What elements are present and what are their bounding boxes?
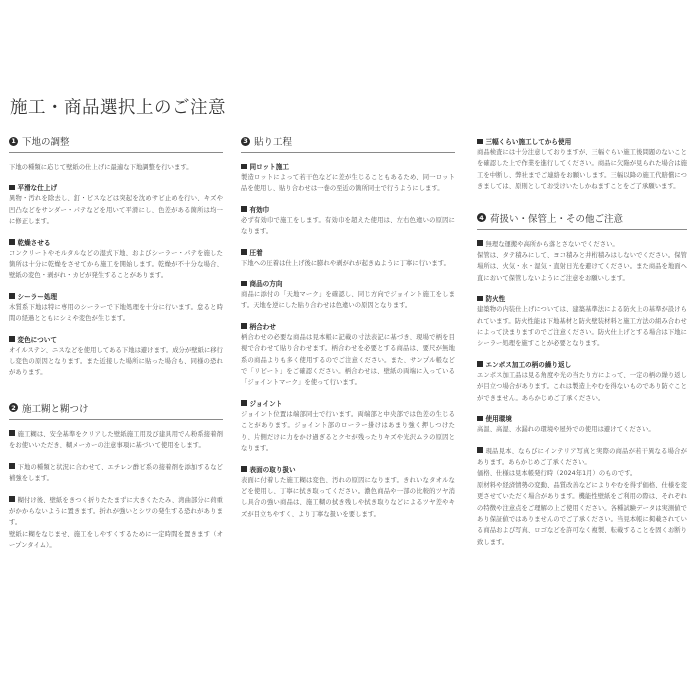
section-title: 荷扱い・保管上・その他ご注意 [490,211,623,225]
square-bullet-icon [9,336,15,342]
subsection: ジョイント ジョイント位置は端部同士で行います。両端部と中央部では色差の生じるこ… [241,399,455,455]
section-heading-hanging-process: 3 貼り工程 [241,134,455,153]
subsection-heading: 有効巾 [250,206,270,214]
subsection: シーラー処理 木質系下地は特に専用のシーラーで下地処理を十分に行います。怠ると時… [9,292,223,325]
section-heading-handling-storage: 4 荷扱い・保管上・その他ご注意 [477,211,687,230]
subsection: 変色について オイルステン、ニスなどを使用してある下地は避けます。成分が壁紙に移… [9,335,223,379]
subsection-text: 高温、高湿、水漏れの環境や屋外での使用は避けてください。 [477,424,687,435]
subsection-text: エンボス加工品は見る角度や光の当たり方によって、一定の柄の繰り返しが目立つ場合が… [477,370,687,404]
subsection-heading: 商品の方向 [250,280,283,288]
square-bullet-icon [9,239,15,245]
subsection-heading: エンボス加工の柄の繰り返し [486,361,572,369]
subsection-heading: 平滑な仕上げ [18,184,58,192]
column-right: 三幅くらい施工してから使用 商品検査には十分注意しておりますが、三幅ぐらい施工後… [477,137,687,558]
bullet-paragraph: 施工糊は、安全基準をクリアした壁紙施工用及び建具用でん粉系接着剤をお使いいただき… [9,429,223,452]
square-bullet-icon [9,463,15,469]
bullet-extra-text: 壁紙に糊をなじませ、施工をしやすくするために一定時間を置きます（オープンタイム）… [9,529,223,552]
bullet-text: 下地の種類と状況に合わせて、エチレン酢ビ系の接着剤を添加するなど補強をします。 [9,464,223,482]
subsection-text: 必ず有効巾で施工をします。有効巾を超えた使用は、左右色違いの原因になります。 [241,215,455,238]
square-bullet-icon [241,323,247,329]
subsection-text: 表面に付着した施工糊は変色、汚れの原因になります。きれいなタオルなどを使用し、丁… [241,475,455,521]
subsection-text: 製造ロットによって若干色などに差が生じることもあるため、同一ロット品を使用し、貼… [241,172,455,195]
subsection-heading: 乾燥させる [18,239,51,247]
square-bullet-icon [477,361,483,367]
number-badge-icon: 1 [9,137,18,146]
subsection-heading: 圧着 [250,249,263,257]
section-title: 貼り工程 [254,134,292,148]
square-bullet-icon [9,293,15,299]
bullet-text: 糊付け後、壁紙をきつく折りたたまずに大きくたたみ、湾曲部分に荷重がかからないよう… [9,497,223,527]
column-middle: 3 貼り工程 同ロット施工 製造ロットによって若干色などに差が生じることもあるた… [241,134,455,530]
square-bullet-icon [241,400,247,406]
section-heading-adhesive: 2 施工糊と糊つけ [9,401,223,420]
subsection: 有効巾 必ず有効巾で施工をします。有効巾を超えた使用は、左右色違いの原因になりま… [241,205,455,238]
subsection-heading: 柄合わせ [250,323,276,331]
subsection-text: コンクリートやモルタルなどの湿式下地、およびシーラー・パテを施した箇所は十分に乾… [9,248,223,282]
square-bullet-icon [9,185,15,191]
subsection-heading: 三幅くらい施工してから使用 [486,138,572,146]
price-note-text: 価格、仕様は見本帳発行時（2024年1月）のものです。 [477,468,687,479]
subsection: 使用環境 高温、高湿、水漏れの環境や屋外での使用は避けてください。 [477,414,687,435]
subsection-heading: 防火性 [486,295,506,303]
subsection-heading: 変色について [18,336,57,344]
bullet-lead-text: 現品見本、ならびにインテリア写真と実際の商品が若干異なる場合があります。あらかじ… [477,448,687,466]
number-badge-icon: 2 [9,403,18,412]
section-intro: 下地の種類に応じて壁紙の仕上げに最適な下地調整を行います。 [9,162,223,173]
square-bullet-icon [9,496,15,502]
column-left: 1 下地の調整 下地の種類に応じて壁紙の仕上げに最適な下地調整を行います。 平滑… [9,134,223,562]
subsection-text: 下地への圧着は仕上げ後に膨れや剥がれが起きぬように丁寧に行います。 [241,258,455,269]
square-bullet-icon [477,447,483,453]
subsection: 乾燥させる コンクリートやモルタルなどの湿式下地、およびシーラー・パテを施した箇… [9,238,223,282]
subsection-heading: ジョイント [250,400,283,408]
bullet-text: 保管は、タテ積みにして、ヨコ積みと井桁積みはしないでください。保管場所は、火気・… [477,250,687,284]
bullet-lead-text: 無理な運搬や高所から落とさないでください。 [486,241,619,248]
square-bullet-icon [477,416,483,422]
bullet-paragraph: 無理な運搬や高所から落とさないでください。 保管は、タテ積みにして、ヨコ積みと井… [477,239,687,285]
subsection: エンボス加工の柄の繰り返し エンボス加工品は見る角度や光の当たり方によって、一定… [477,360,687,404]
subsection: 平滑な仕上げ 異物・汚れを除去し、釘・ビスなどは突起を沈めサビ止めを行い、キズや… [9,183,223,227]
square-bullet-icon [477,296,483,302]
square-bullet-icon [477,139,483,145]
square-bullet-icon [241,466,247,472]
subsection: 商品の方向 商品に添付の「天地マーク」を確認し、同じ方向でジョイント施工をします… [241,279,455,312]
subsection-text: オイルステン、ニスなどを使用してある下地は避けます。成分が壁紙に移行し変色の原因… [9,345,223,379]
bullet-paragraph: 糊付け後、壁紙をきつく折りたたまずに大きくたたみ、湾曲部分に荷重がかからないよう… [9,495,223,552]
subsection: 防火性 建築物の内装仕上げについては、建築基準法による防火上の基準が設けられてい… [477,294,687,350]
subsection: 同ロット施工 製造ロットによって若干色などに差が生じることもあるため、同一ロット… [241,162,455,195]
square-bullet-icon [241,164,247,170]
subsection: 三幅くらい施工してから使用 商品検査には十分注意しておりますが、三幅ぐらい施工後… [477,137,687,193]
number-badge-icon: 3 [241,137,250,146]
subsection-text: 異物・汚れを除去し、釘・ビスなどは突起を沈めサビ止めを行い、キズや凹凸などをサン… [9,193,223,227]
subsection-text: 商品に添付の「天地マーク」を確認し、同じ方向でジョイント施工をします。天地を逆に… [241,289,455,312]
subsection-heading: 表面の取り扱い [250,466,296,474]
bullet-paragraph: 現品見本、ならびにインテリア写真と実際の商品が若干異なる場合があります。あらかじ… [477,446,687,549]
subsection-heading: 使用環境 [486,415,512,423]
page-title: 施工・商品選択上のご注意 [10,94,226,119]
subsection-text: 木質系下地は特に専用のシーラーで下地処理を十分に行います。怠ると時間の経過ととも… [9,302,223,325]
square-bullet-icon [241,281,247,287]
bullet-paragraph: 下地の種類と状況に合わせて、エチレン酢ビ系の接着剤を添加するなど補強をします。 [9,462,223,485]
subsection: 圧着 下地への圧着は仕上げ後に膨れや剥がれが起きぬように丁寧に行います。 [241,248,455,269]
number-badge-icon: 4 [477,213,486,222]
subsection-text: 建築物の内装仕上げについては、建築基準法による防火上の基準が設けられています。防… [477,304,687,350]
subsection-text: 柄合わせの必要な商品は見本帳に記載の寸法表記に基づき、現場で柄を目視で合わせて貼… [241,332,455,389]
section-title: 施工糊と糊つけ [22,401,89,415]
section-title: 下地の調整 [22,134,70,148]
subsection: 表面の取り扱い 表面に付着した施工糊は変色、汚れの原因になります。きれいなタオル… [241,465,455,521]
square-bullet-icon [241,206,247,212]
subsection: 柄合わせ 柄合わせの必要な商品は見本帳に記載の寸法表記に基づき、現場で柄を目視で… [241,322,455,389]
subsection-text: ジョイント位置は端部同士で行います。両端部と中央部では色差の生じることがあります… [241,409,455,455]
subsection-heading: 同ロット施工 [250,163,289,171]
disclaimer-text: 原材料や経済情勢の変動、品質改善などによりやむを得ず価格、仕様を変更させていただ… [477,480,687,548]
square-bullet-icon [9,430,15,436]
subsection-text: 商品検査には十分注意しておりますが、三幅ぐらい施工後問題のないことを確認した上で… [477,147,687,193]
section-heading-substrate: 1 下地の調整 [9,134,223,153]
bullet-text: 施工糊は、安全基準をクリアした壁紙施工用及び建具用でん粉系接着剤をお使いいただき… [9,431,223,449]
square-bullet-icon [477,240,483,246]
square-bullet-icon [241,249,247,255]
subsection-heading: シーラー処理 [18,293,58,301]
